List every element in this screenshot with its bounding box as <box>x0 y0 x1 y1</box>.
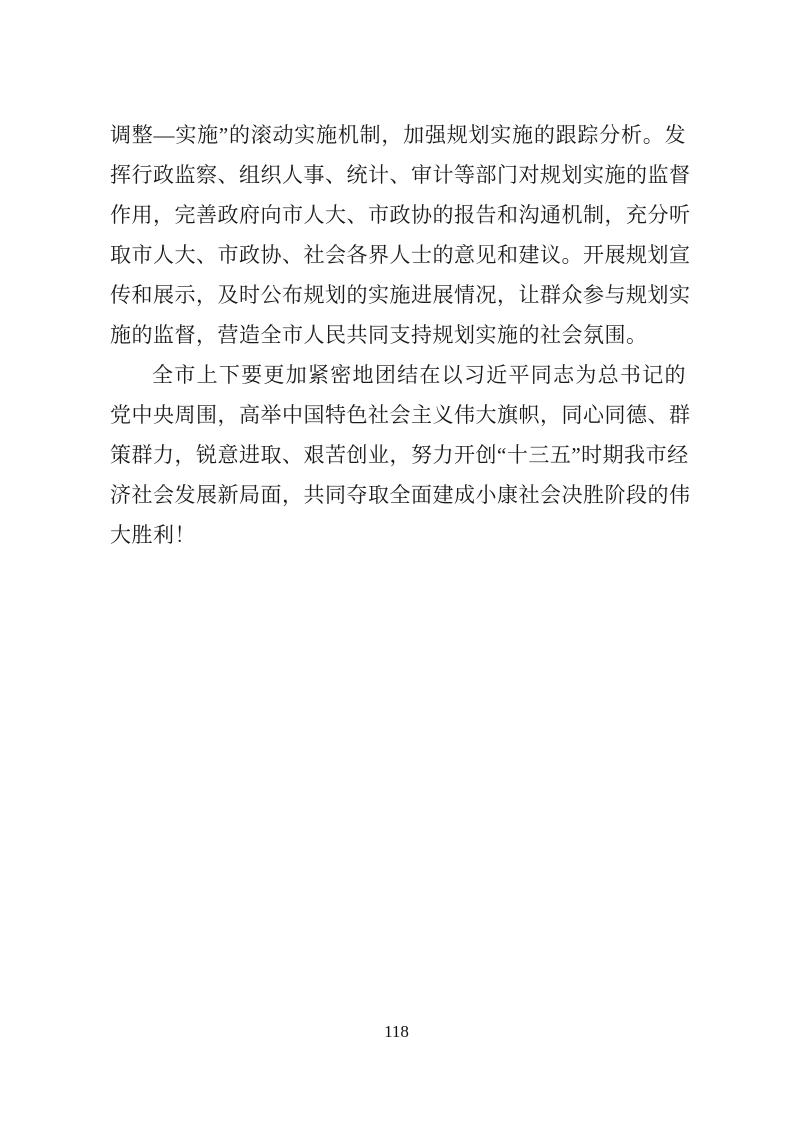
paragraph-2-line-5: 大胜利！ <box>110 515 686 555</box>
paragraph-1-line-3: 作用，完善政府向市人大、市政协的报告和沟通机制，充分听 <box>110 195 686 235</box>
paragraph-1-line-5: 传和展示，及时公布规划的实施进展情况，让群众参与规划实 <box>110 275 686 315</box>
paragraph-2-line-2: 党中央周围，高举中国特色社会主义伟大旗帜，同心同德、群 <box>110 395 686 435</box>
document-page: 调整—实施”的滚动实施机制，加强规划实施的跟踪分析。发 挥行政监察、组织人事、统… <box>0 0 793 1122</box>
paragraph-2-line-1: 全市上下要更加紧密地团结在以习近平同志为总书记的 <box>110 355 686 395</box>
paragraph-1-line-1: 调整—实施”的滚动实施机制，加强规划实施的跟踪分析。发 <box>110 115 686 155</box>
paragraph-2-line-4: 济社会发展新局面，共同夺取全面建成小康社会决胜阶段的伟 <box>110 475 686 515</box>
paragraph-2-line-3: 策群力，锐意进取、艰苦创业，努力开创“十三五”时期我市经 <box>110 435 686 475</box>
paragraph-1-line-2: 挥行政监察、组织人事、统计、审计等部门对规划实施的监督 <box>110 155 686 195</box>
paragraph-1-line-4: 取市人大、市政协、社会各界人士的意见和建议。开展规划宣 <box>110 235 686 275</box>
body-text: 调整—实施”的滚动实施机制，加强规划实施的跟踪分析。发 挥行政监察、组织人事、统… <box>110 115 686 555</box>
page-number: 118 <box>0 1020 793 1044</box>
paragraph-1-line-6: 施的监督，营造全市人民共同支持规划实施的社会氛围。 <box>110 315 686 355</box>
